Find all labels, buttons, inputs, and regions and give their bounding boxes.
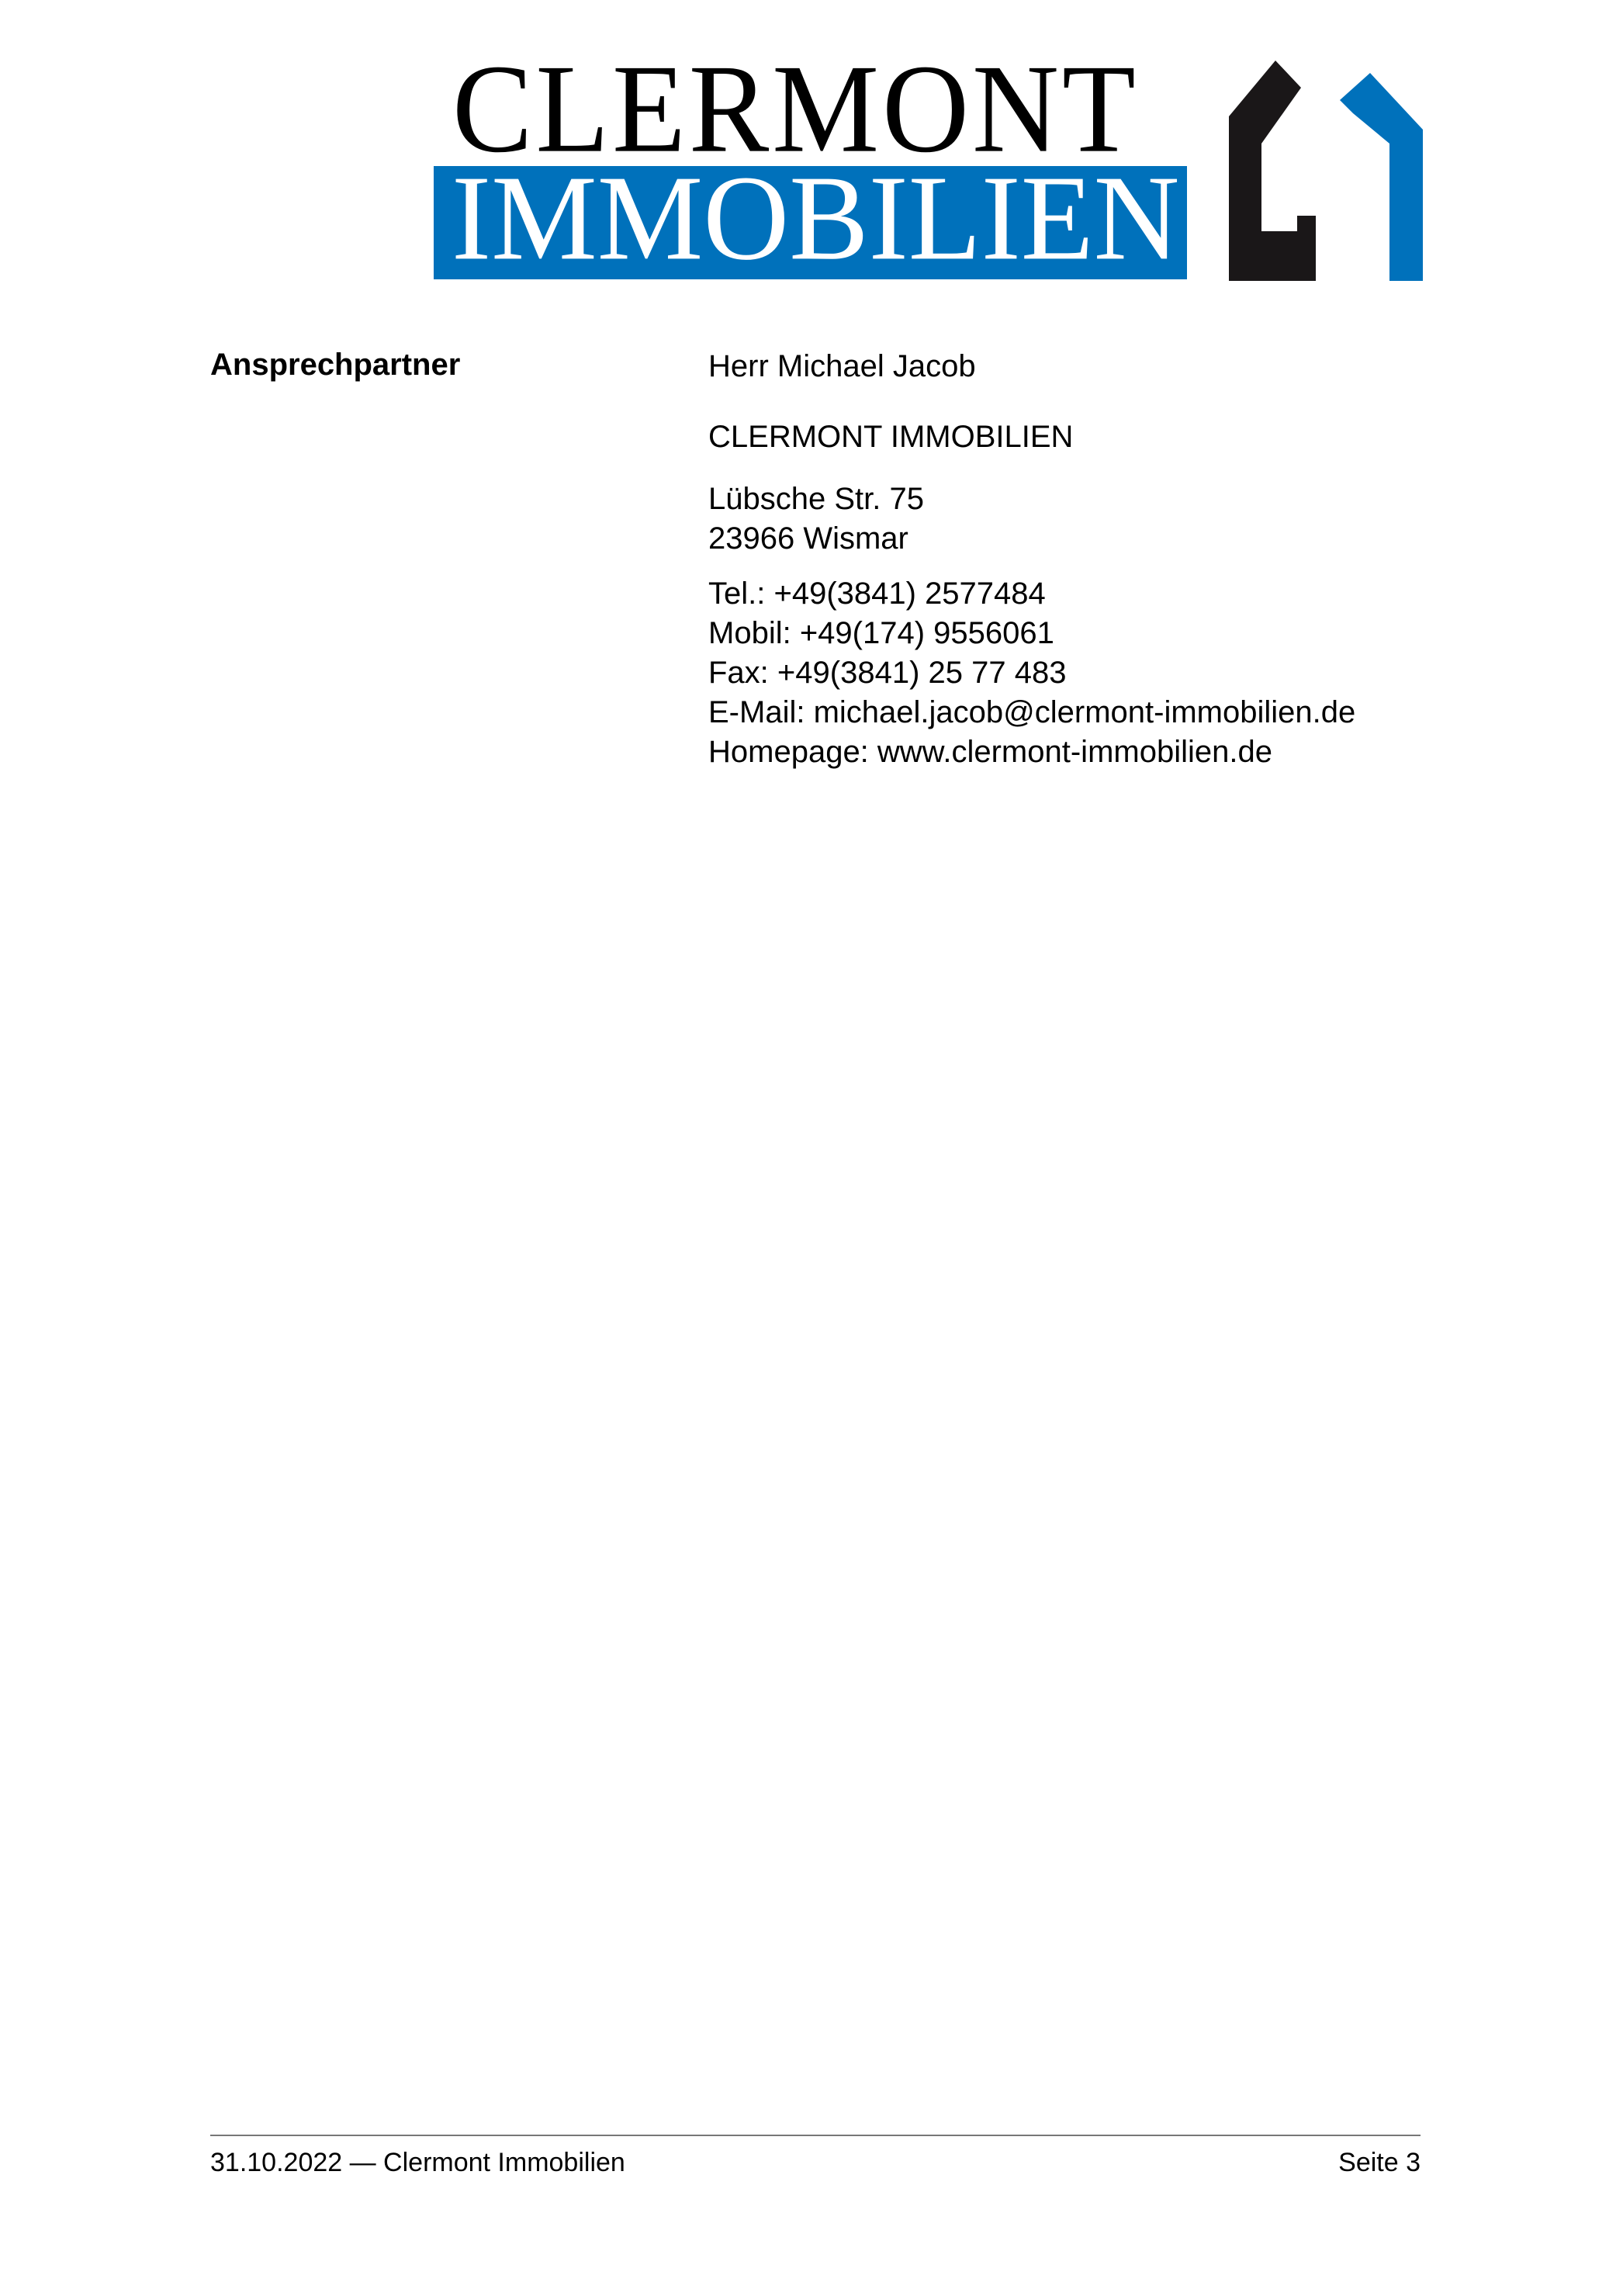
contact-mobil: Mobil: +49(174) 9556061: [708, 614, 1054, 653]
footer-divider: [210, 2135, 1421, 2136]
contact-label: Ansprechpartner: [210, 348, 460, 383]
contact-street: Lübsche Str. 75: [708, 480, 924, 519]
contact-company: CLERMONT IMMOBILIEN: [708, 417, 1073, 457]
footer-page-number: Seite 3: [1338, 2148, 1421, 2178]
contact-fax: Fax: +49(3841) 25 77 483: [708, 653, 1066, 693]
contact-name: Herr Michael Jacob: [708, 347, 976, 386]
contact-tel: Tel.: +49(3841) 2577484: [708, 574, 1046, 614]
footer-date-company: 31.10.2022 — Clermont Immobilien: [210, 2148, 625, 2178]
contact-city: 23966 Wismar: [708, 519, 908, 559]
contact-email[interactable]: E-Mail: michael.jacob@clermont-immobilie…: [708, 693, 1355, 732]
house-icon: [1229, 61, 1423, 281]
contact-homepage[interactable]: Homepage: www.clermont-immobilien.de: [708, 732, 1272, 772]
logo-wordmark-bottom: IMMOBILIEN: [452, 157, 1180, 279]
